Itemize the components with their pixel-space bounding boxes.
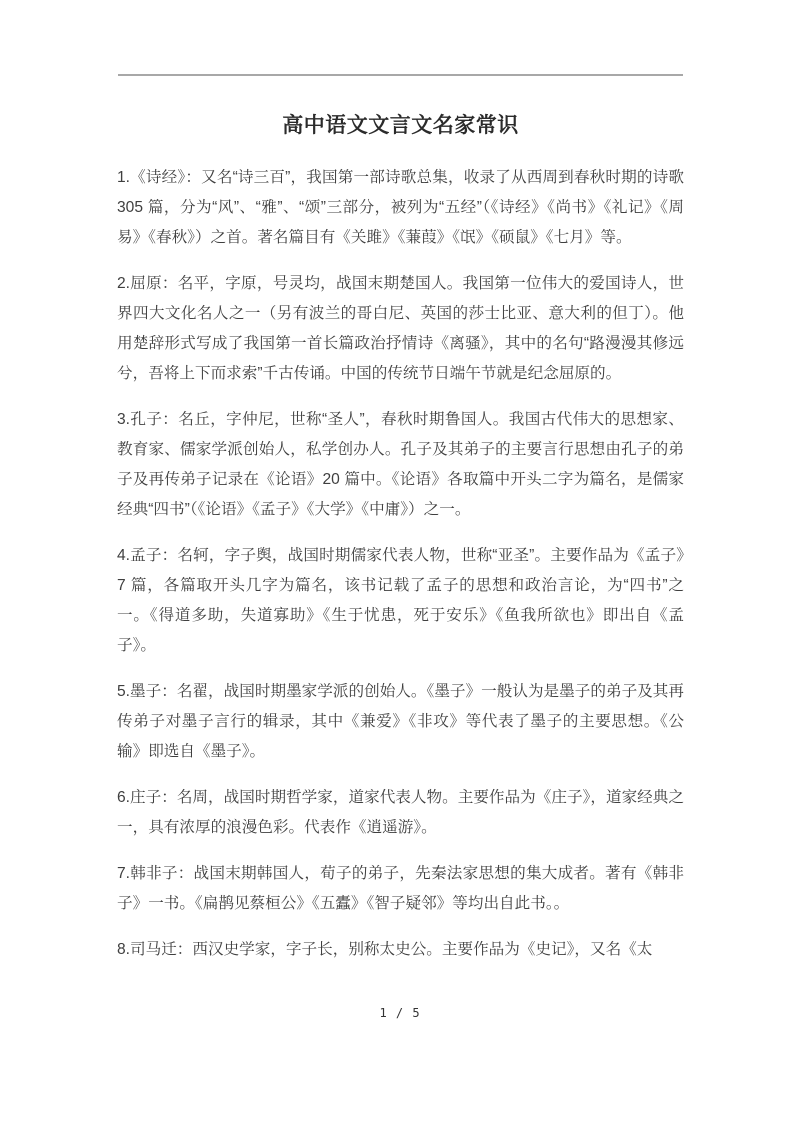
document-page: 高中语文文言文名家常识 1.《诗经》：又名“诗三百”，我国第一部诗歌总集，收录了… [0,0,800,1132]
paragraph-shijing: 1.《诗经》：又名“诗三百”，我国第一部诗歌总集，收录了从西周到春秋时期的诗歌 … [117,163,684,253]
page-title: 高中语文文言文名家常识 [118,112,683,140]
paragraph-hanfeizi: 7.韩非子：战国末期韩国人，荀子的弟子，先秦法家思想的集大成者。著有《韩非子》一… [117,859,684,919]
paragraph-quyuan: 2.屈原：名平，字原，号灵均，战国末期楚国人。我国第一位伟大的爱国诗人，世界四大… [117,269,684,389]
paragraph-zhuangzi: 6.庄子：名周，战国时期哲学家，道家代表人物。主要作品为《庄子》，道家经典之一，… [117,783,684,843]
paragraph-mozi: 5.墨子：名翟，战国时期墨家学派的创始人。《墨子》一般认为是墨子的弟子及其再传弟… [117,677,684,767]
header-divider [118,74,683,76]
paragraph-kongzi: 3.孔子：名丘，字仲尼，世称“圣人”，春秋时期鲁国人。我国古代伟大的思想家、教育… [117,405,684,525]
paragraph-mengzi: 4.孟子：名轲，字子舆，战国时期儒家代表人物，世称“亚圣”。主要作品为《孟子》7… [117,541,684,661]
document-content: 1.《诗经》：又名“诗三百”，我国第一部诗歌总集，收录了从西周到春秋时期的诗歌 … [117,163,684,1003]
paragraph-simaqian: 8.司马迁：西汉史学家，字子长，别称太史公。主要作品为《史记》，又名《太 [117,935,684,965]
page-number: 1 / 5 [0,1006,800,1020]
